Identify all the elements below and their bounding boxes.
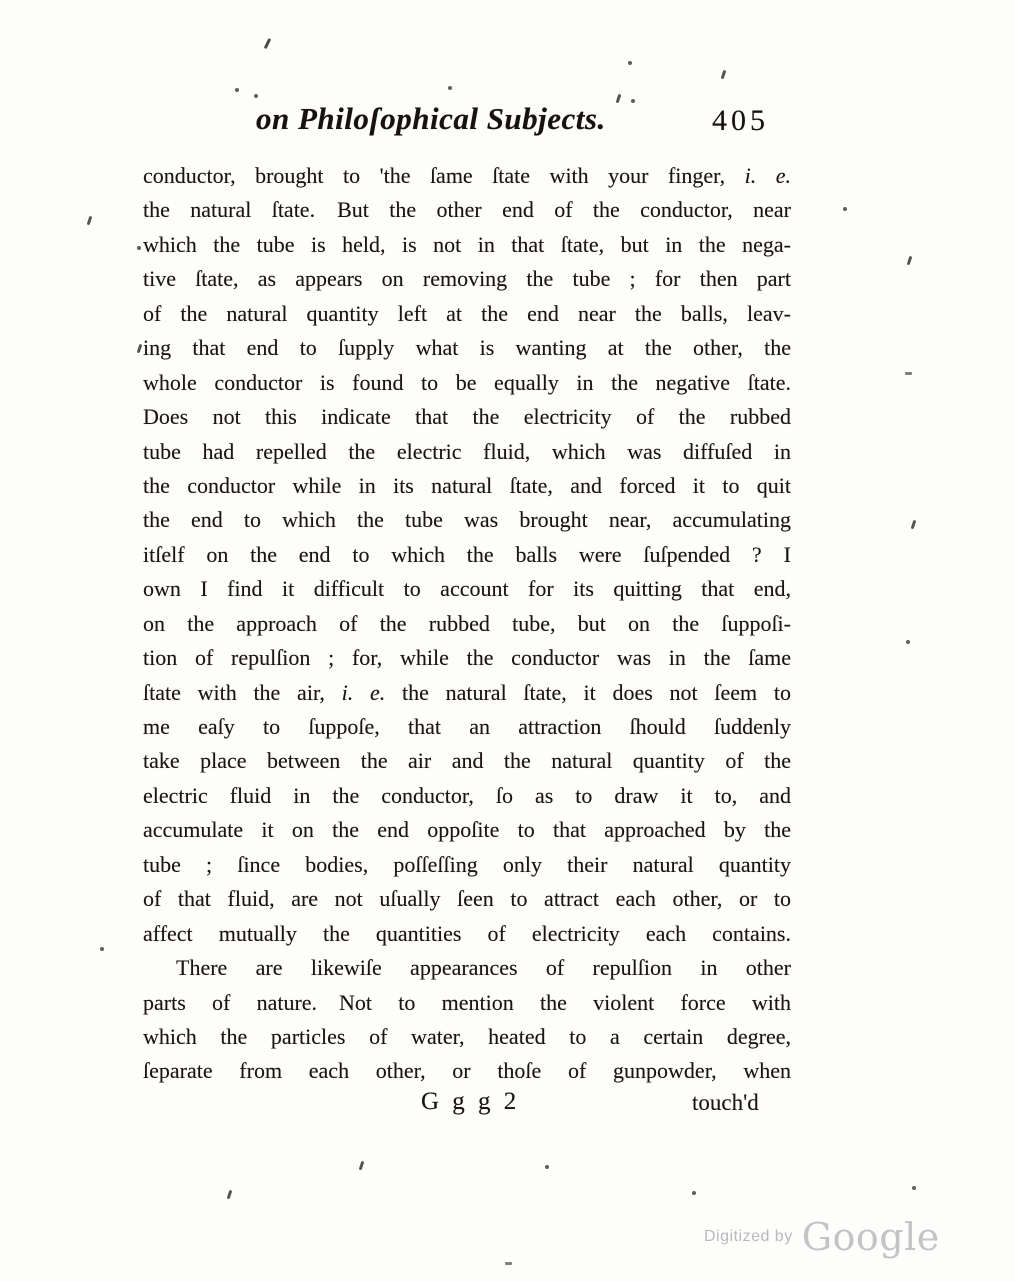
body-text: conductor, brought to 'the ſame ſtate wi… [143,159,791,1089]
scan-speck [235,88,239,92]
text-line: ſtate with the air, i. e. the natural ſt… [143,676,791,710]
scan-speck [505,1262,512,1265]
scan-speck [264,38,271,49]
text-line: which the tube is held, is not in that ſ… [143,228,791,262]
text-line: on the approach of the rubbed tube, but … [143,607,791,641]
text-line: ing that end to ſupply what is wanting a… [143,331,791,365]
scan-speck [912,1186,916,1190]
scan-speck [227,1190,232,1199]
text-line: which the particles of water, heated to … [143,1020,791,1054]
scan-speck [905,372,912,375]
text-line: the end to which the tube was brought ne… [143,503,791,537]
text-line: tube ; ſince bodies, poſſeſſing only the… [143,848,791,882]
scan-speck [137,246,141,250]
scan-speck [545,1165,549,1169]
scan-speck [137,344,142,353]
text-line: accumulate it on the end oppoſite to tha… [143,813,791,847]
scan-speck [906,640,910,644]
text-line: parts of nature. Not to mention the viol… [143,986,791,1020]
scan-speck [721,70,726,79]
text-line: Does not this indicate that the electric… [143,400,791,434]
scan-speck [692,1191,696,1195]
running-title: on Philoſophical Subjects. [256,101,606,137]
text-line: conductor, brought to 'the ſame ſtate wi… [143,159,791,193]
text-line: affect mutually the quantities of electr… [143,917,791,951]
text-line: of the natural quantity left at the end … [143,297,791,331]
text-line: of that fluid, are not uſually ſeen to a… [143,882,791,916]
text-line: tive ſtate, as appears on removing the t… [143,262,791,296]
text-line: ſeparate from each other, or thoſe of gu… [143,1054,791,1088]
digitized-by-label: Digitized by [704,1228,793,1246]
scan-speck [911,520,916,529]
text-line: the natural ſtate. But the other end of … [143,193,791,227]
text-line: me eaſy to ſuppoſe, that an attraction ſ… [143,710,791,744]
scan-speck [907,256,912,265]
text-line: tube had repelled the electric fluid, wh… [143,435,791,469]
scan-speck [100,947,104,951]
text-line: the conductor while in its natural ſtate… [143,469,791,503]
scan-speck [254,94,258,98]
book-page: on Philoſophical Subjects. 405 conductor… [0,0,1014,1282]
google-watermark: Digitized by Google [704,1218,940,1256]
signature-mark: G g g 2 [421,1088,516,1116]
google-logo: Google [802,1218,940,1256]
scan-speck [843,207,847,211]
scan-speck [616,94,621,103]
scan-speck [359,1161,364,1170]
text-line: itſelf on the end to which the balls wer… [143,538,791,572]
scan-speck [87,216,92,225]
text-line: There are likewiſe appearances of repulſ… [143,951,791,985]
footer-line: G g g 2 touch'd [143,1088,791,1124]
catchword: touch'd [692,1090,759,1116]
page-number: 405 [712,104,769,138]
text-line: own I find it difficult to account for i… [143,572,791,606]
scan-speck [631,99,635,103]
text-line: whole conductor is found to be equally i… [143,366,791,400]
text-line: take place between the air and the natur… [143,744,791,778]
text-line: tion of repulſion ; for, while the condu… [143,641,791,675]
scan-speck [628,61,632,65]
scan-speck [448,86,452,90]
text-line: electric fluid in the conductor, ſo as t… [143,779,791,813]
